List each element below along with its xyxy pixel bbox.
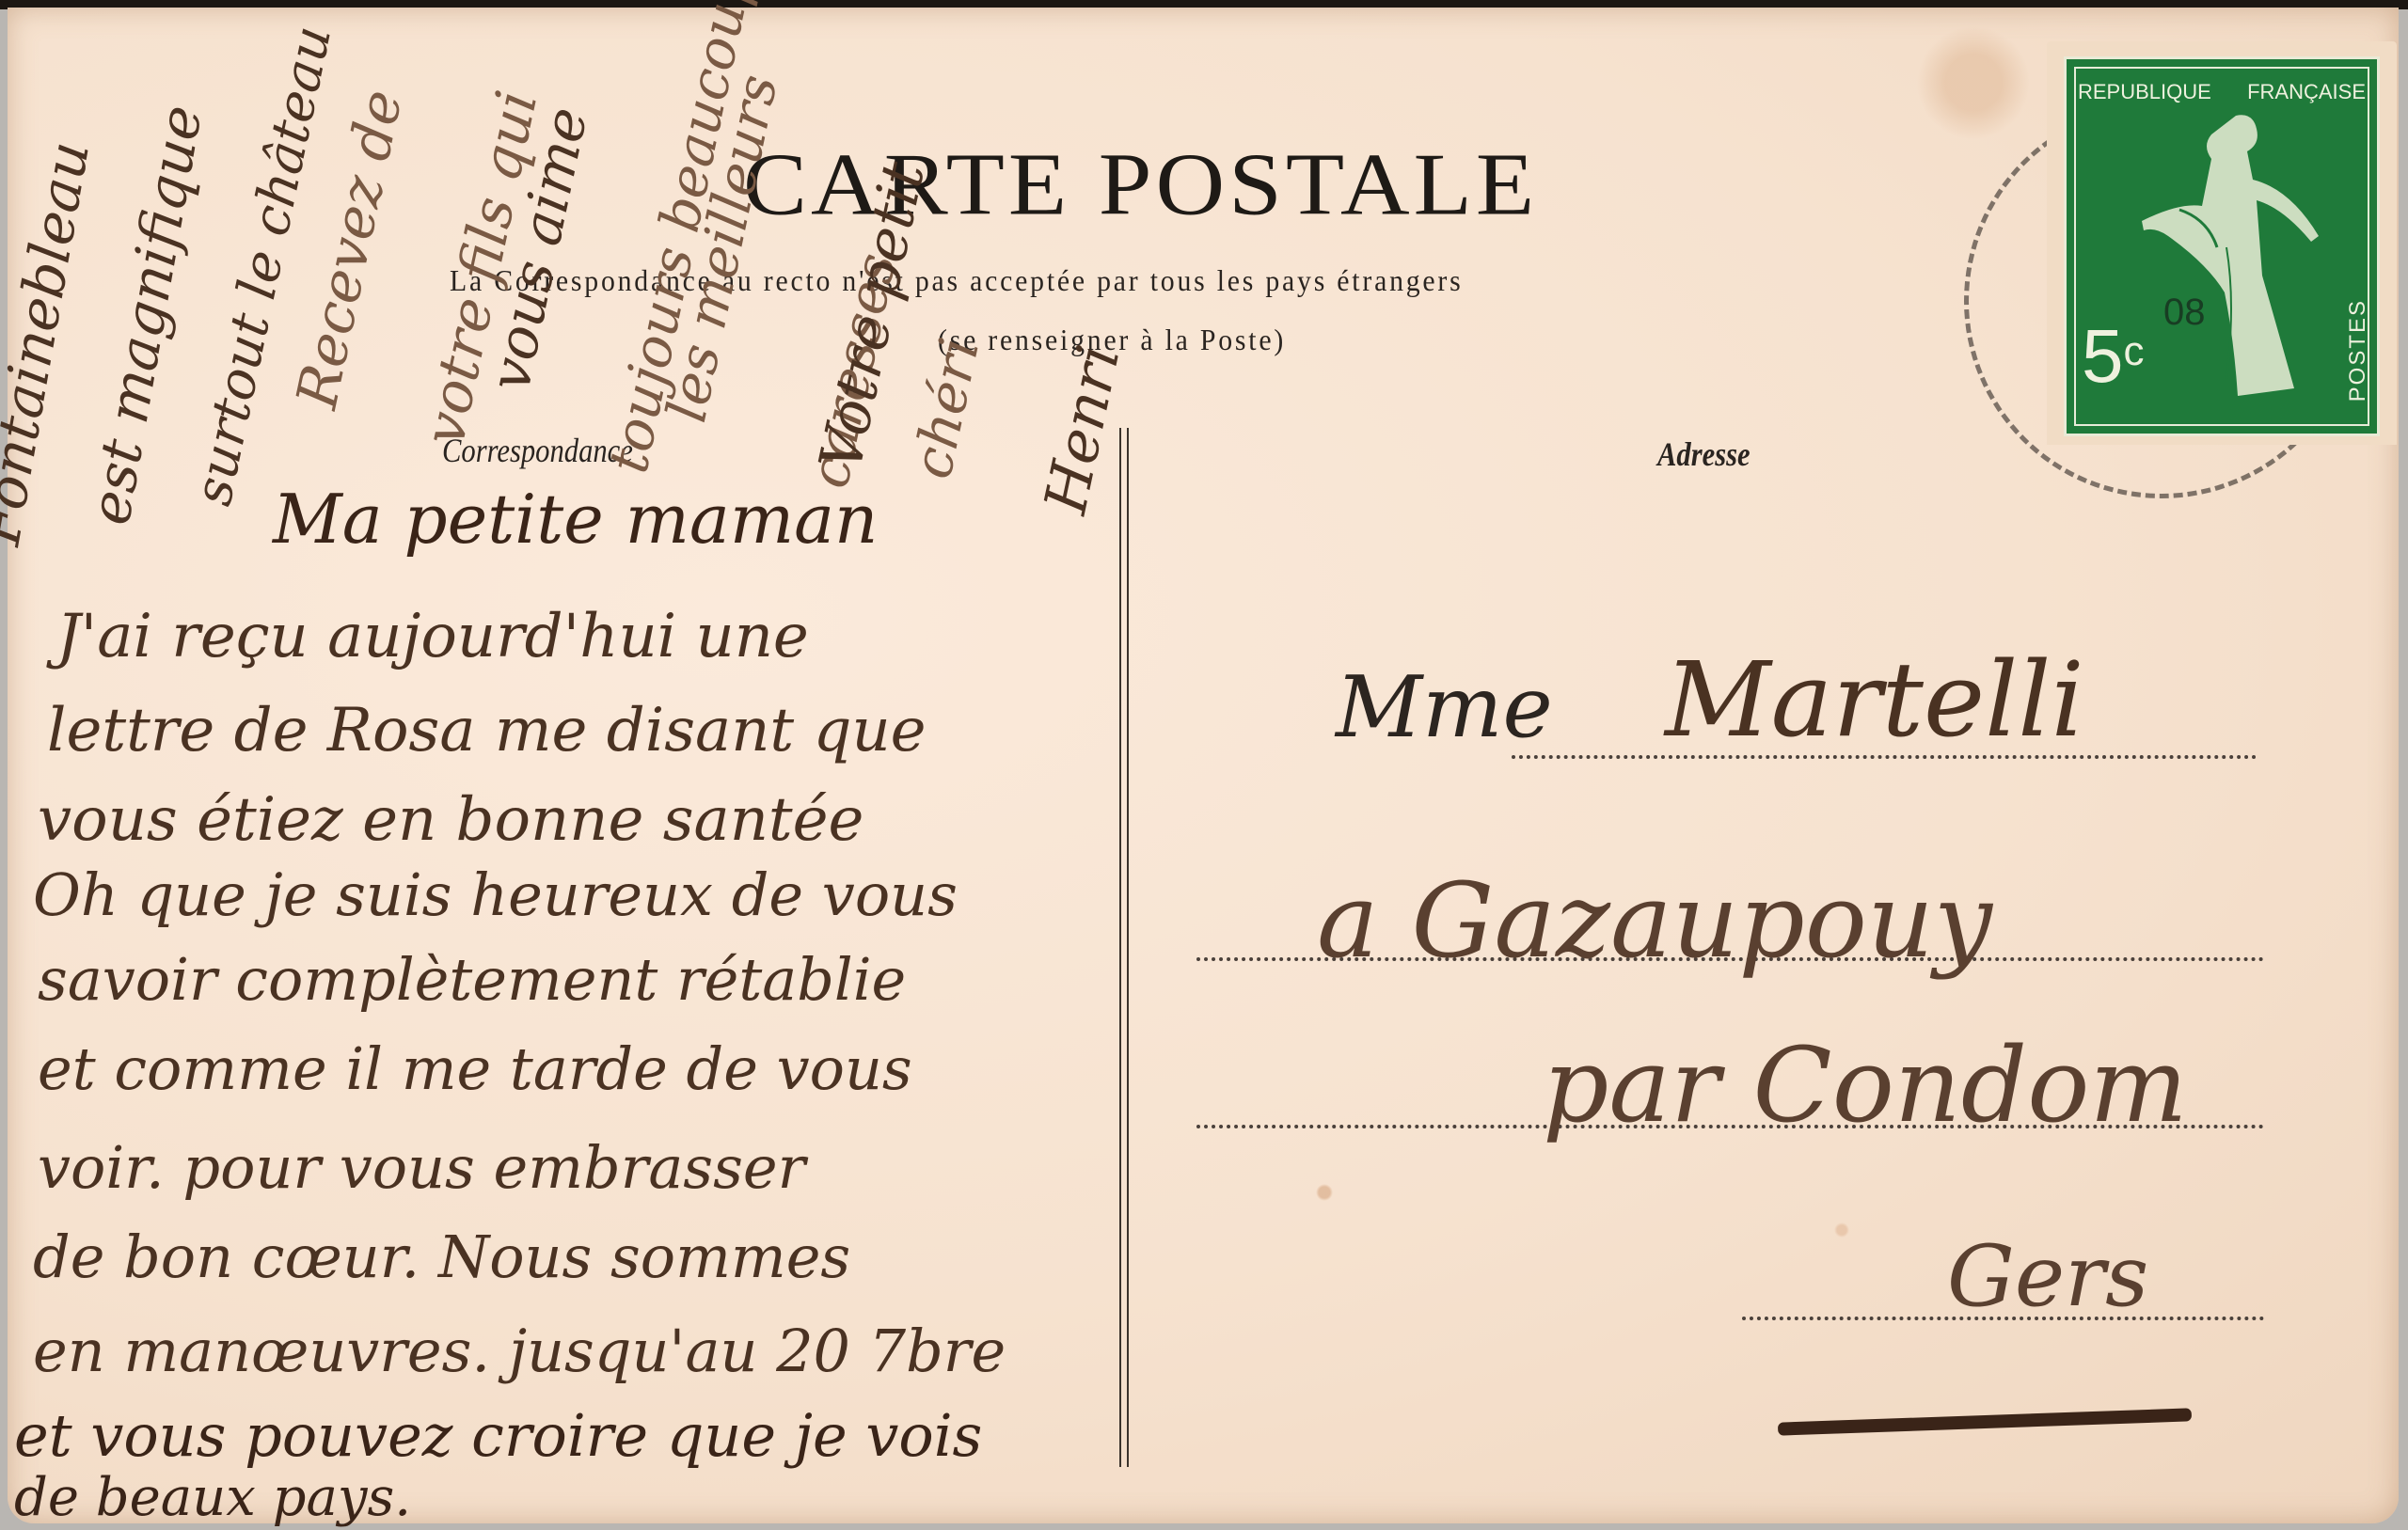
address-via: par Condom xyxy=(1543,1025,2188,1145)
letter-line: de bon cœur. Nous sommes xyxy=(33,1222,850,1291)
address-department: Gers xyxy=(1947,1227,2148,1326)
foreign-notice: La Correspondance au recto n'est pas acc… xyxy=(450,263,1463,298)
letter-line: de beaux pays. xyxy=(14,1467,411,1528)
address-town: a Gazaupouy xyxy=(1317,860,1992,981)
stamp-value-number: 5 xyxy=(2082,314,2124,398)
letter-line: J'ai reçu aujourd'hui une xyxy=(56,602,809,671)
address-prefix: Mme xyxy=(1336,658,1553,757)
sower-figure-icon xyxy=(2123,97,2330,407)
address-label: Adresse xyxy=(1657,434,1751,474)
stamp-value-unit: c xyxy=(2124,328,2145,374)
letter-line: savoir complètement rétablie xyxy=(38,945,906,1014)
postmark-date: 08 xyxy=(2163,292,2206,334)
postage-stamp: REPUBLIQUE FRANÇAISE 5c POSTES MOUCHON xyxy=(2064,56,2380,436)
letter-line: lettre de Rosa me disant que xyxy=(47,696,927,765)
stamp-value: 5c xyxy=(2082,313,2145,400)
address-recipient: Martelli xyxy=(1665,639,2084,760)
letter-line: vous étiez en bonne santée xyxy=(38,785,863,855)
stamp-printer: MOUCHON xyxy=(2312,426,2362,436)
letter-line: Oh que je suis heureux de vous xyxy=(33,860,958,929)
address-title: Mme xyxy=(1336,658,1553,757)
letter-line: en manœuvres. jusqu'au 20 7bre xyxy=(33,1317,1006,1385)
letter-line: et vous pouvez croire que je vois xyxy=(14,1401,982,1470)
letter-line: et comme il me tarde de vous xyxy=(38,1034,912,1103)
stamp-postes: POSTES xyxy=(2345,299,2371,402)
letter-line: Ma petite maman xyxy=(273,480,878,559)
center-divider xyxy=(1119,428,1129,1467)
letter-line: voir. pour vous embrasser xyxy=(38,1133,805,1202)
